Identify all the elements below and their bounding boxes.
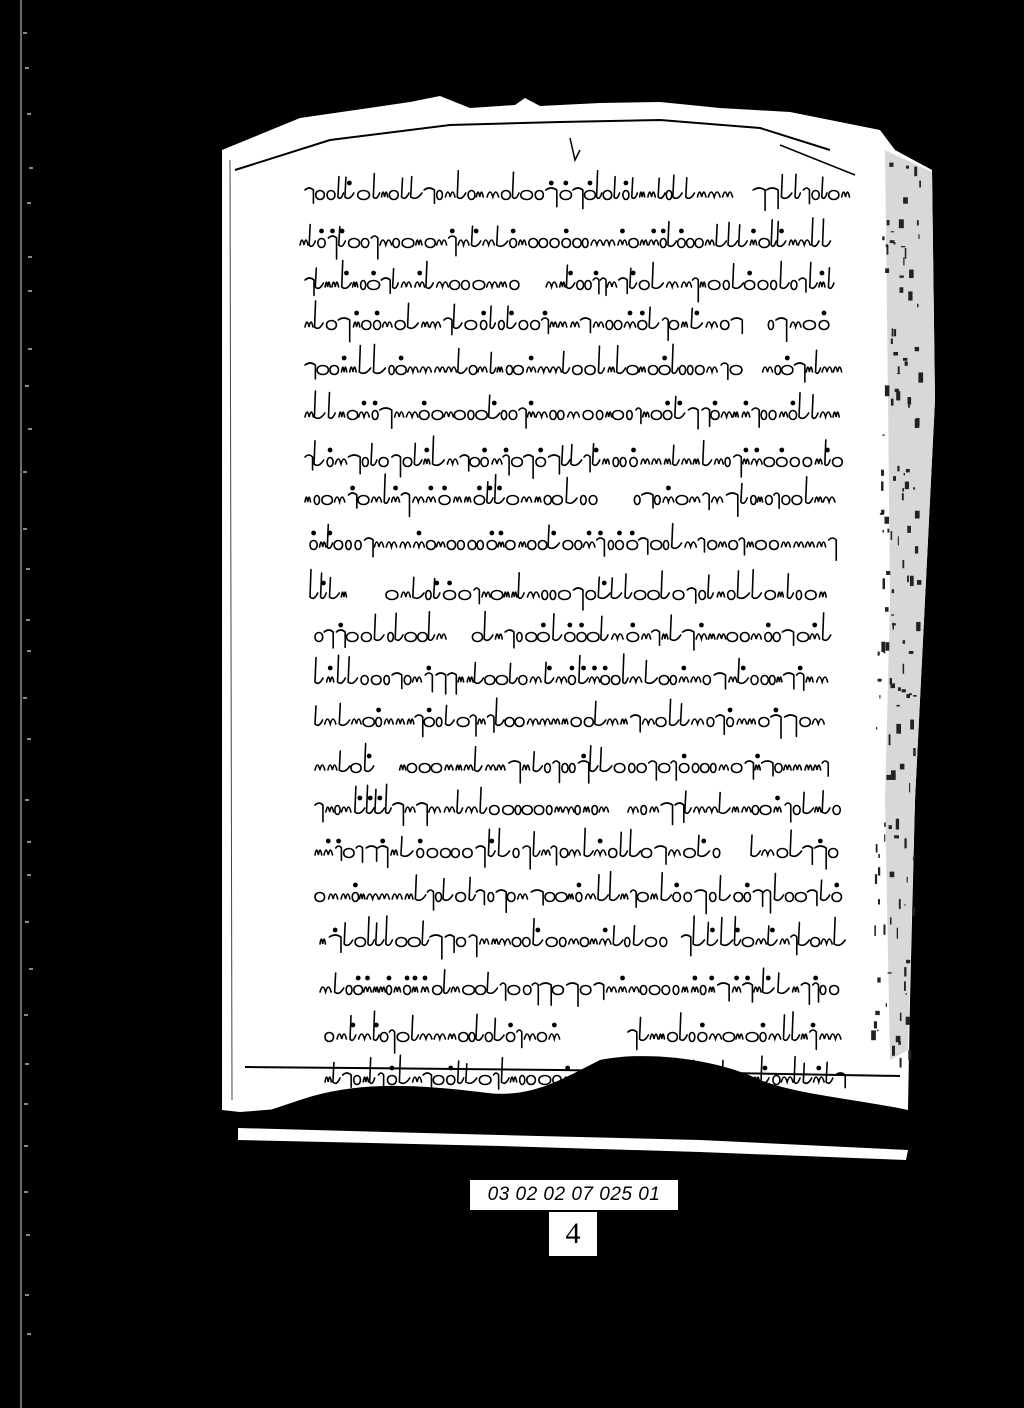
scan-speck <box>27 650 31 652</box>
page-number-label: 4 <box>549 1212 597 1256</box>
scan-speck <box>25 799 29 801</box>
scan-speck <box>28 428 32 430</box>
scan-speck <box>27 841 31 843</box>
scan-speck <box>25 1294 29 1296</box>
scan-speck <box>28 348 32 350</box>
scan-speck <box>24 1145 28 1147</box>
archive-reference-label: 03 02 02 07 025 01 <box>470 1180 678 1210</box>
scan-speck <box>26 619 30 621</box>
scan-speck <box>24 1103 28 1105</box>
scan-speck <box>26 568 30 570</box>
scan-speck <box>29 167 33 169</box>
scan-speck <box>27 874 31 876</box>
scan-speck <box>29 968 33 970</box>
scan-speck <box>27 113 31 115</box>
scan-speck <box>23 32 27 34</box>
scan-speck <box>28 256 32 258</box>
paper-sheet <box>222 96 935 1112</box>
scan-speck <box>24 1191 28 1193</box>
scan-speck <box>25 385 29 387</box>
scan-speck <box>23 697 27 699</box>
scan-speck <box>28 290 32 292</box>
scan-speck <box>27 738 31 740</box>
scan-speck <box>23 528 27 530</box>
scan-speck <box>27 202 31 204</box>
scan-speck <box>27 1333 31 1335</box>
scan-speck <box>26 1234 30 1236</box>
scan-speck <box>25 921 29 923</box>
scan-speck <box>25 1063 29 1065</box>
scan-speck <box>24 1014 28 1016</box>
scan-speck <box>25 67 29 69</box>
scan-speck <box>23 471 27 473</box>
